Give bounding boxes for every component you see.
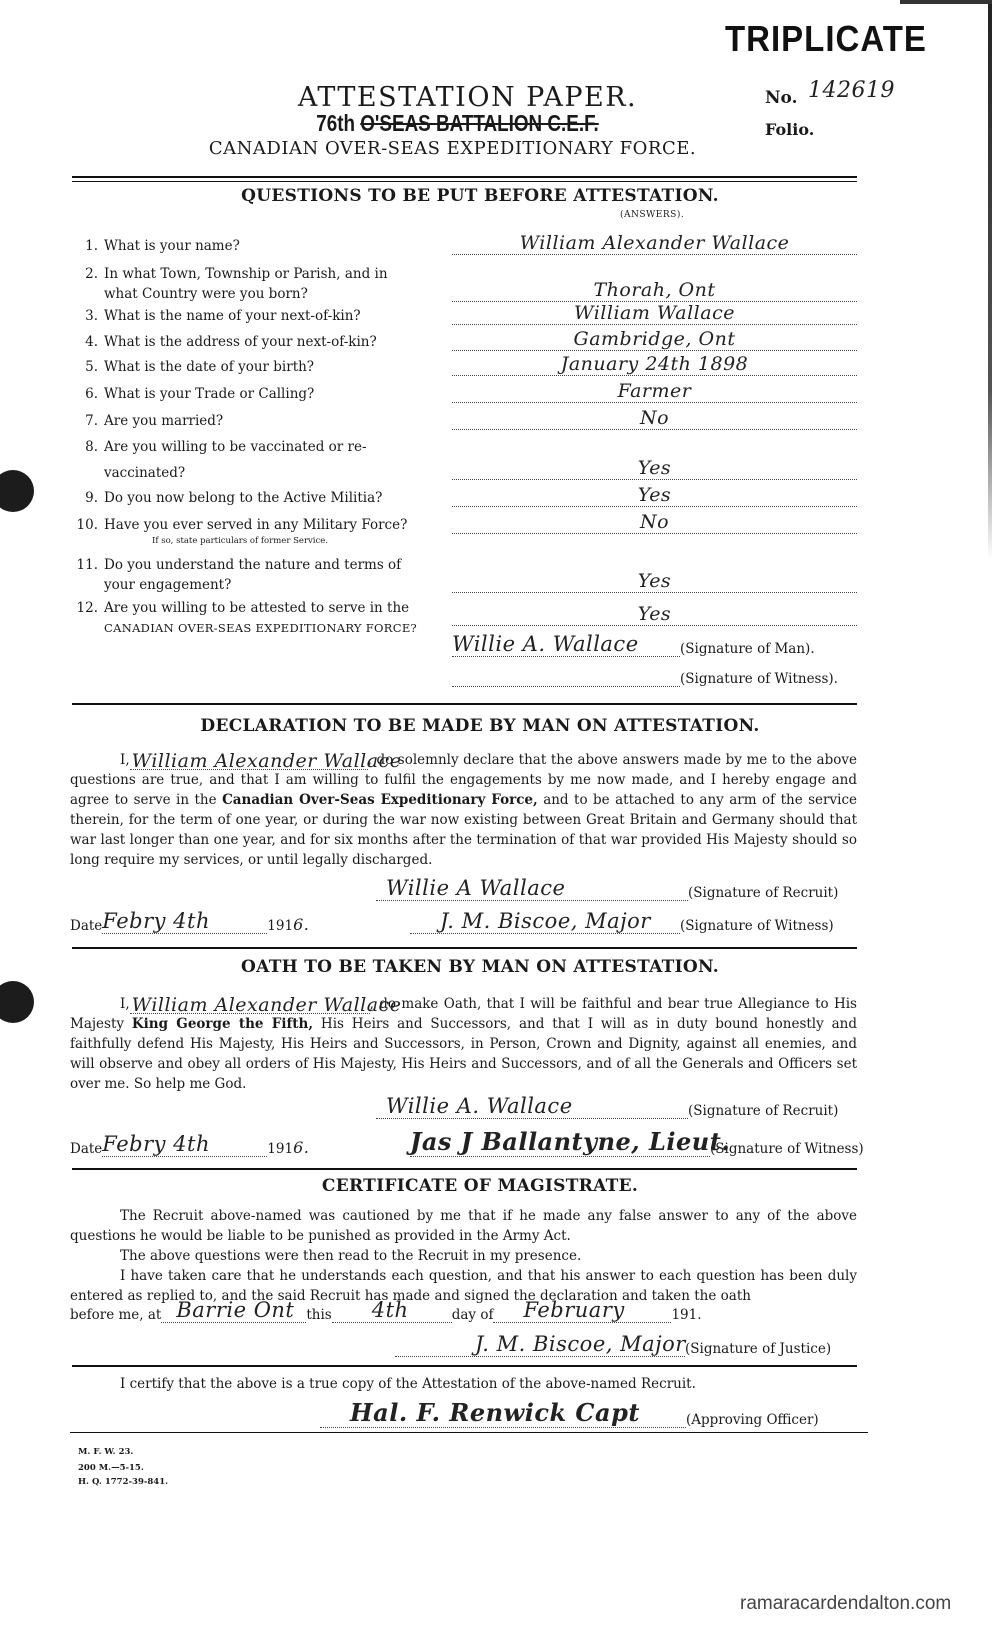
answer-4: Gambridge, Ont — [452, 328, 857, 351]
battalion-number: 76th — [316, 110, 355, 136]
declaration-title: DECLARATION TO BE MADE BY MAN ON ATTESTA… — [60, 716, 900, 736]
signature-of-man: Willie A. Wallace — [452, 632, 639, 656]
question-12: 12.Are you willing to be attested to ser… — [74, 598, 444, 638]
regimental-number: 142619 — [808, 78, 895, 103]
questions-section-title: QUESTIONS TO BE PUT BEFORE ATTESTATION. — [60, 186, 900, 206]
punch-hole-icon — [0, 981, 34, 1023]
justice-signature-line: J. M. Biscoe, Major(Signature of Justice… — [395, 1334, 831, 1357]
oath-witness-label: (Signature of Witness) — [710, 1141, 864, 1157]
oath-signature-of-recruit-label: (Signature of Recruit) — [688, 1103, 838, 1119]
attestation-day: 4th — [372, 1298, 409, 1322]
oath-date: Febry 4th — [102, 1132, 210, 1156]
oath-recruit-signature: Willie A. Wallace — [386, 1094, 573, 1118]
signature-of-recruit-label: (Signature of Recruit) — [688, 885, 838, 901]
triplicate-stamp: TRIPLICATE — [725, 18, 927, 60]
declaration-name: William Alexander Wallace — [132, 751, 402, 771]
attestation-place: Barrie Ont — [176, 1298, 294, 1322]
answer-5: January 24th 1898 — [452, 353, 857, 376]
divider — [72, 703, 857, 705]
divider — [72, 1365, 857, 1367]
answer-9: Yes — [452, 484, 857, 507]
declaration-witness-label: (Signature of Witness) — [680, 918, 834, 934]
justice-signature: J. M. Biscoe, Major — [475, 1332, 686, 1356]
answer-3: William Wallace — [452, 302, 857, 325]
answers-label: (ANSWERS). — [620, 210, 684, 220]
signature-of-man-line: Willie A. Wallace(Signature of Man). — [452, 634, 815, 657]
oath-witness-signature: Jas J Ballantyne, Lieut. — [410, 1127, 730, 1156]
declaration-witness-signature: J. M. Biscoe, Major — [440, 909, 651, 933]
battalion-stamp: 76th O'SEAS BATTALION C.E.F. — [107, 110, 808, 137]
answer-1: William Alexander Wallace — [452, 232, 857, 255]
divider — [72, 1168, 857, 1170]
question-7: 7.Are you married? — [74, 411, 444, 431]
question-8: 8.Are you willing to be vaccinated or re… — [74, 437, 444, 483]
print-run: 200 M.—5-15. — [78, 1461, 144, 1475]
question-1: 1.What is your name? — [74, 236, 444, 256]
folio-label: Folio. — [765, 120, 814, 139]
force-name: CANADIAN OVER-SEAS EXPEDITIONARY FORCE. — [25, 138, 880, 159]
answer-6: Farmer — [452, 380, 857, 403]
copy-certification-text: I certify that the above is a true copy … — [70, 1374, 857, 1394]
punch-hole-icon — [0, 470, 34, 512]
certificate-place-date-line: before me, atBarrie Ontthis4thday ofFebr… — [70, 1302, 860, 1323]
certificate-para-2: The above questions were then read to th… — [70, 1246, 857, 1266]
answer-7: No — [452, 407, 857, 430]
question-2: 2.In what Town, Township or Parish, and … — [74, 264, 444, 304]
divider — [70, 1432, 868, 1433]
battalion-struck-text: O'SEAS BATTALION C.E.F. — [360, 110, 599, 136]
declaration-recruit-signature: Willie A Wallace — [386, 876, 565, 900]
question-10: 10.Have you ever served in any Military … — [74, 515, 444, 547]
signature-of-witness-label: (Signature of Witness). — [680, 671, 838, 687]
oath-title: OATH TO BE TAKEN BY MAN ON ATTESTATION. — [60, 957, 900, 977]
oath-name: William Alexander Wallace — [132, 995, 402, 1015]
signature-of-witness-line: (Signature of Witness). — [452, 668, 838, 687]
attestation-month: February — [523, 1298, 624, 1322]
hq-reference: H. Q. 1772-39-841. — [78, 1475, 168, 1489]
page-edge-shadow — [988, 0, 992, 560]
watermark: ramaracardendalton.com — [740, 1593, 951, 1615]
question-5: 5.What is the date of your birth? — [74, 357, 444, 377]
question-4: 4.What is the address of your next-of-ki… — [74, 332, 444, 352]
answer-11: Yes — [452, 570, 857, 593]
approving-officer-signature-line: Hal. F. Renwick Capt(Approving Officer) — [320, 1405, 819, 1428]
declaration-recruit-signature-line: Willie A Wallace(Signature of Recruit) — [376, 878, 838, 901]
number-label: No. — [765, 88, 798, 108]
attestation-paper: TRIPLICATE ATTESTATION PAPER. 76th O'SEA… — [0, 0, 995, 1633]
certificate-para-1: The Recruit above-named was cautioned by… — [70, 1206, 857, 1246]
divider — [72, 176, 857, 182]
oath-text: I,William Alexander Wallace, do make Oat… — [70, 994, 857, 1094]
declaration-text: I,William Alexander Wallace, do solemnly… — [70, 750, 857, 870]
question-9: 9.Do you now belong to the Active Militi… — [74, 488, 444, 508]
answer-8: Yes — [452, 457, 857, 480]
oath-date-line: DateFebry 4th1916. — [70, 1136, 309, 1157]
signature-of-man-label: (Signature of Man). — [680, 641, 815, 657]
approving-officer-signature: Hal. F. Renwick Capt — [350, 1398, 640, 1427]
declaration-date: Febry 4th — [102, 909, 210, 933]
declaration-witness-signature-line: J. M. Biscoe, Major(Signature of Witness… — [410, 913, 834, 934]
declaration-date-line: DateFebry 4th1916. — [70, 913, 309, 934]
approving-officer-label: (Approving Officer) — [686, 1412, 819, 1428]
question-11: 11.Do you understand the nature and term… — [74, 555, 444, 595]
page-edge-shadow-top — [900, 0, 992, 4]
signature-of-justice-label: (Signature of Justice) — [685, 1341, 831, 1357]
question-6: 6.What is your Trade or Calling? — [74, 384, 444, 404]
form-code: M. F. W. 23. — [78, 1445, 133, 1459]
divider — [72, 947, 857, 949]
oath-witness-signature-line: Jas J Ballantyne, Lieut.(Signature of Wi… — [410, 1136, 864, 1157]
answer-10: No — [452, 511, 857, 534]
answer-2: Thorah, Ont — [452, 279, 857, 302]
certificate-title: CERTIFICATE OF MAGISTRATE. — [60, 1176, 900, 1196]
answer-12: Yes — [452, 603, 857, 626]
question-3: 3.What is the name of your next-of-kin? — [74, 306, 444, 326]
oath-recruit-signature-line: Willie A. Wallace(Signature of Recruit) — [376, 1096, 838, 1119]
